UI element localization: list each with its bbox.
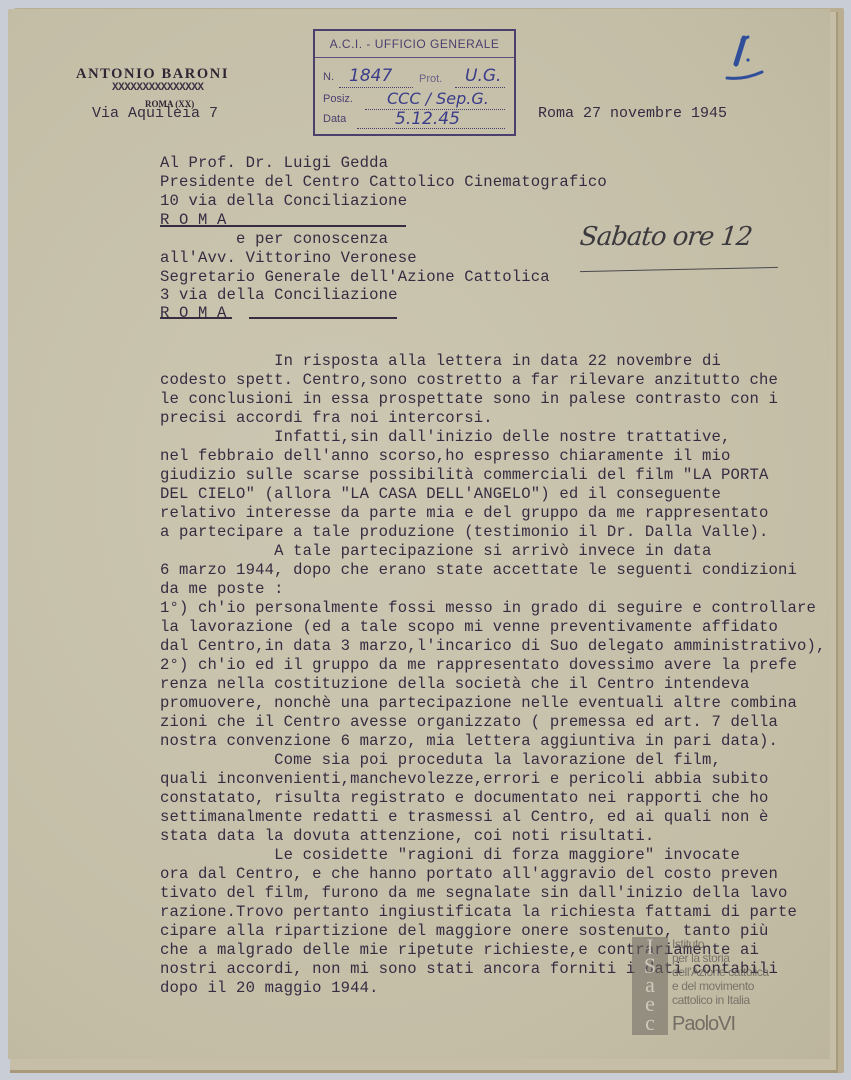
stamp-prot-label: Prot. bbox=[419, 73, 442, 85]
recipient-line-9: R O M A bbox=[160, 304, 227, 324]
letter-date: Roma 27 novembre 1945 bbox=[538, 105, 727, 122]
stamp-prot-line bbox=[455, 87, 505, 88]
body-line: le conclusioni in essa prospettate sono … bbox=[160, 390, 778, 410]
body-line: ora dal Centro, e che hanno portato all'… bbox=[160, 865, 778, 885]
body-line: promuovere, nonchè una partecipazione ne… bbox=[160, 694, 797, 714]
body-line: da me poste : bbox=[160, 580, 284, 600]
stamp-number-label: N. bbox=[323, 71, 334, 83]
logo-paolo-vi: PaoloVI bbox=[672, 1013, 735, 1036]
body-line: Come sia poi proceduta la lavorazione de… bbox=[160, 751, 721, 771]
stamp-title: A.C.I. - UFFICIO GENERALE bbox=[315, 31, 514, 58]
registry-stamp: A.C.I. - UFFICIO GENERALE N. 1847 Prot. … bbox=[313, 29, 516, 136]
letterhead-name: ANTONIO BARONI bbox=[76, 66, 229, 83]
stamp-number-line bbox=[339, 87, 413, 88]
body-line: quali inconvenienti,manchevolezze,errori… bbox=[160, 770, 769, 790]
stamp-prot-value: U.G. bbox=[465, 66, 501, 86]
body-line: dal Centro,in data 3 marzo,l'incarico di… bbox=[160, 637, 826, 657]
stamp-posiz-label: Posiz. bbox=[323, 93, 353, 105]
body-line: codesto spett. Centro,sono costretto a f… bbox=[160, 371, 778, 391]
body-line: DEL CIELO" (allora "LA CASA DELL'ANGELO"… bbox=[160, 485, 721, 505]
logo-monogram: I S a e c bbox=[632, 937, 668, 1035]
logo-letter: c bbox=[632, 1013, 668, 1032]
body-line: settimanalmente redatti e trasmessi al C… bbox=[160, 808, 769, 828]
body-line: Infatti,sin dall'inizio delle nostre tra… bbox=[160, 428, 730, 448]
body-line: nel febbraio dell'anno scorso,ho espress… bbox=[160, 447, 730, 467]
isacem-watermark-logo: I S a e c Istituto per la storia dell'Az… bbox=[632, 937, 772, 1037]
recipient-rule-2a bbox=[160, 317, 232, 319]
stamp-data-label: Data bbox=[323, 113, 346, 125]
recipient-line-6: all'Avv. Vittorino Veronese bbox=[160, 249, 417, 269]
recipient-line-8: 3 via della Conciliazione bbox=[160, 286, 398, 306]
body-line: constatato, risulta registrato e documen… bbox=[160, 789, 769, 809]
body-line: Le cosidette "ragioni di forza maggiore"… bbox=[160, 846, 740, 866]
body-line: 6 marzo 1944, dopo che erano state accet… bbox=[160, 561, 797, 581]
body-line: razione.Trovo pertanto ingiustificata la… bbox=[160, 903, 797, 923]
body-line: 2°) ch'io ed il gruppo da me rappresenta… bbox=[160, 656, 797, 676]
body-line: A tale partecipazione si arrivò invece i… bbox=[160, 542, 711, 562]
recipient-line-2: Presidente del Centro Cattolico Cinemato… bbox=[160, 173, 607, 193]
recipient-rule-2b bbox=[249, 317, 397, 319]
body-line: nostra convenzione 6 marzo, mia lettera … bbox=[160, 732, 778, 752]
recipient-line-3: 10 via della Conciliazione bbox=[160, 192, 407, 212]
body-line: dopo il 20 maggio 1944. bbox=[160, 979, 379, 999]
body-line: 1°) ch'io personalmente fossi messo in g… bbox=[160, 599, 816, 619]
stamp-posiz-value: CCC / Sep.G. bbox=[387, 89, 489, 108]
recipient-line-7: Segretario Generale dell'Azione Cattolic… bbox=[160, 268, 550, 288]
body-line: giudizio sulle scarse possibilità commer… bbox=[160, 466, 769, 486]
body-line: In risposta alla lettera in data 22 nove… bbox=[160, 352, 721, 372]
letterhead-struck-address: XXXXXXXXXXXXXXX bbox=[112, 82, 204, 94]
body-line: la lavorazione (ed a tale scopo mi venne… bbox=[160, 618, 778, 638]
letterhead-address: Via Aquileia 7 bbox=[92, 105, 218, 122]
stamp-data-value: 5.12.45 bbox=[395, 109, 460, 129]
body-line: renza nella costituzione della società c… bbox=[160, 675, 749, 695]
body-line: precisi accordi fra noi intercorsi. bbox=[160, 409, 493, 429]
recipient-line-5: e per conoscenza bbox=[160, 230, 388, 250]
recipient-line-1: Al Prof. Dr. Luigi Gedda bbox=[160, 154, 388, 174]
handwritten-note: Sabato ore 12 bbox=[578, 222, 753, 252]
blue-pencil-mark-icon bbox=[722, 34, 772, 86]
logo-institute-text: Istituto per la storia dell'Azione catto… bbox=[672, 937, 769, 1007]
body-line: relativo interesse da parte mia e del gr… bbox=[160, 504, 769, 524]
body-line: a partecipare a tale produzione (testimo… bbox=[160, 523, 769, 543]
body-line: stata data la dovuta attenzione, coi not… bbox=[160, 827, 654, 847]
recipient-line-4: R O M A bbox=[160, 211, 227, 231]
stamp-number-value: 1847 bbox=[349, 66, 392, 86]
body-line: zioni che il Centro avesse organizzato (… bbox=[160, 713, 778, 733]
body-line: tivato del film, furono da me segnalate … bbox=[160, 884, 788, 904]
recipient-rule-1 bbox=[160, 225, 406, 227]
